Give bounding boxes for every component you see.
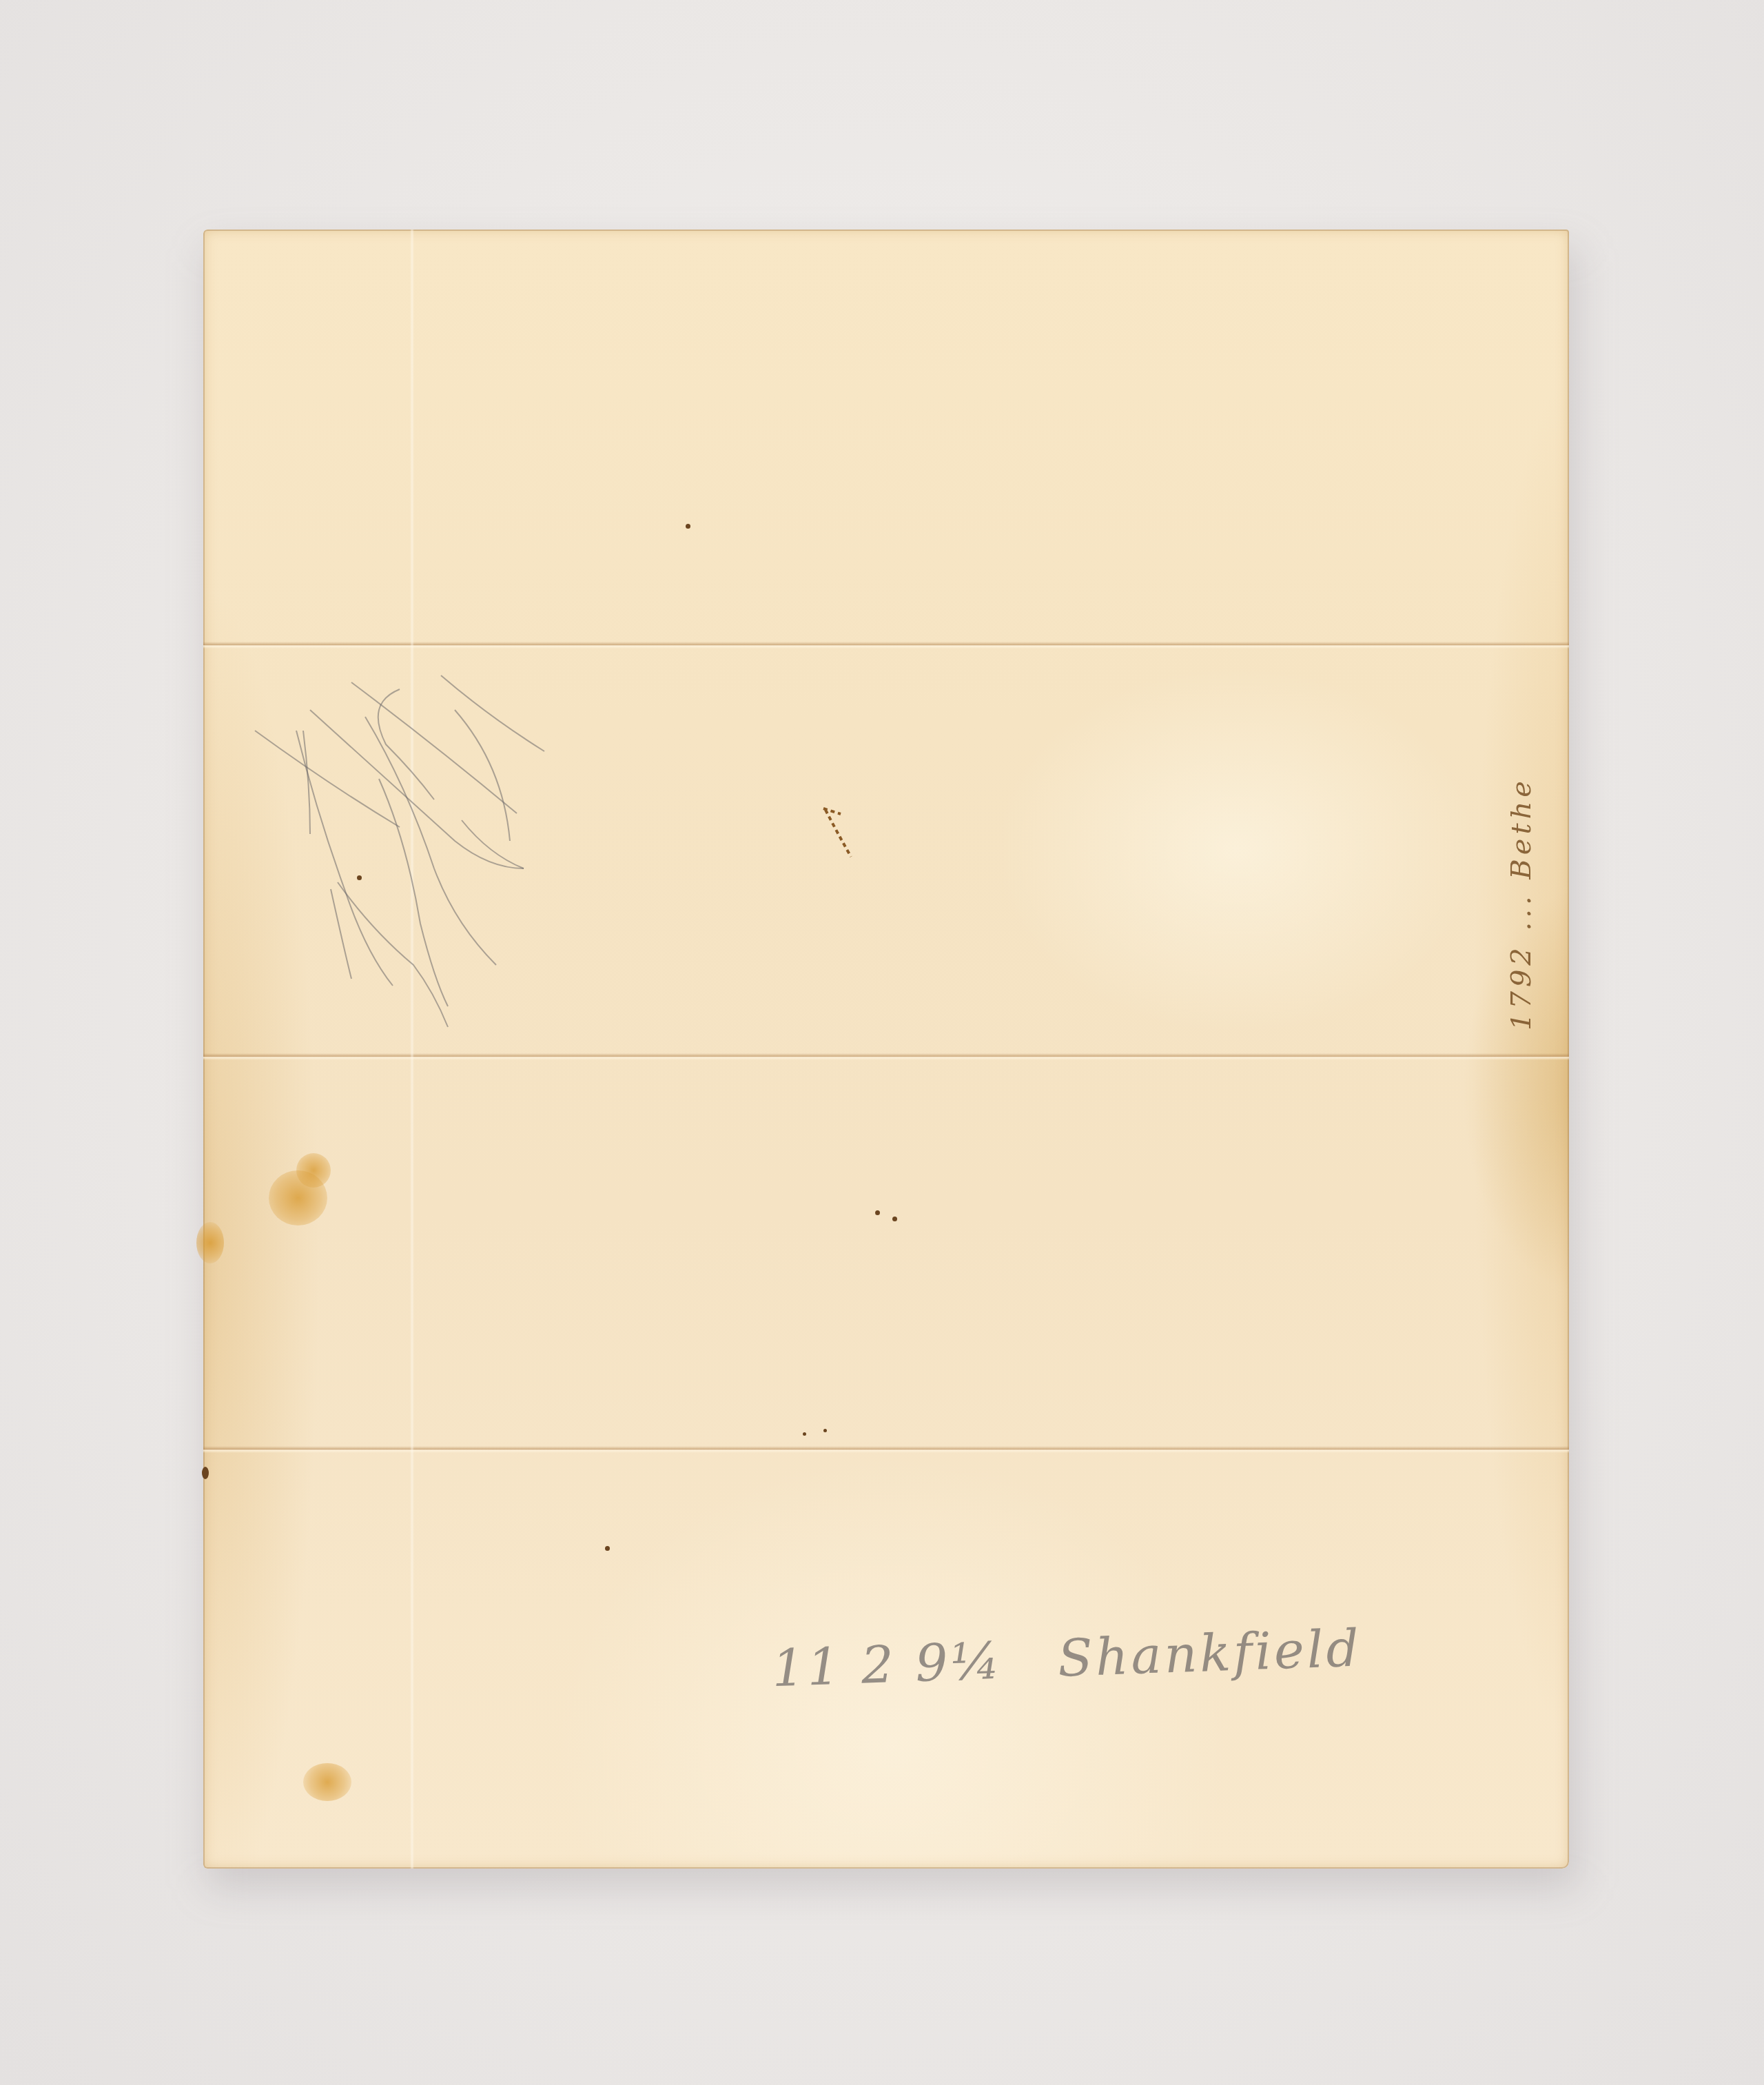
water-stain-bottom-left [303,1763,351,1801]
ink-speck [686,524,690,529]
fold-line-3 [203,1446,1569,1453]
fold-line-2 [203,1053,1569,1060]
ink-speck [803,1432,806,1436]
pencil-number: 11 2 9¼ [771,1631,1004,1699]
ink-speck [823,1429,827,1432]
ink-speck [875,1210,880,1215]
water-stain-left-2 [296,1153,331,1188]
ink-margin-annotation: 1792 ... Bethe [1506,700,1537,1030]
fold-line-1 [203,642,1569,649]
pencil-scribble [227,662,572,1048]
water-stain-edge [196,1222,224,1263]
ink-speck [202,1467,209,1479]
ink-stroke-mark [820,802,861,864]
ink-speck [605,1546,610,1551]
vertical-crease [410,230,414,1869]
ink-speck [892,1217,897,1221]
pencil-name: Shankfield [1057,1618,1363,1688]
